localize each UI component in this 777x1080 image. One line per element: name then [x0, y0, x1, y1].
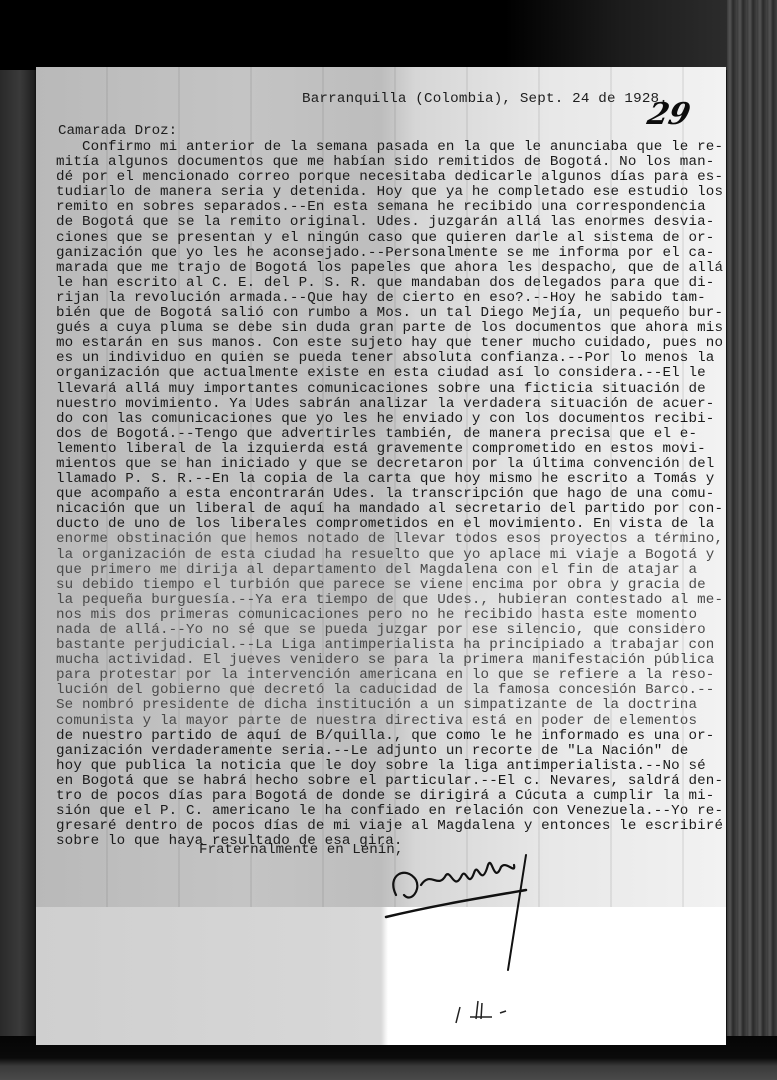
letter-line: llevará allá muy importantes comunicacio…	[56, 382, 726, 397]
letter-line: en Bogotá que se habrá hecho sobre el pa…	[56, 774, 726, 789]
letter-line: mientos que se han iniciado y que se dec…	[56, 457, 726, 472]
letter-line: mitía algunos documentos que me habían s…	[56, 155, 726, 170]
letter-line: bién que de Bogotá salió con rumbo a Mos…	[56, 306, 726, 321]
closing: Fraternalmente en Lenín,	[199, 842, 403, 858]
letter-line: bastante perjudicial.--La Liga antimperi…	[56, 638, 726, 653]
letter-line: llamado P. S. R.--En la copia de la cart…	[56, 472, 726, 487]
letter-line: que primero me dirija al departamento de…	[56, 563, 726, 578]
scan-right-edge	[727, 0, 777, 1080]
letter-line: nos mis dos primeras comunicaciones pero…	[56, 608, 726, 623]
letter-line: sión que el P. C. americano le ha confia…	[56, 804, 726, 819]
letter-line: ganización que yo les he aconsejado.--Pe…	[56, 246, 726, 261]
handwritten-initials	[454, 997, 514, 1027]
letter-page: Barranquilla (Colombia), Sept. 24 de 192…	[36, 67, 726, 1045]
letter-line: enorme obstinación que hemos notado de l…	[56, 532, 726, 547]
letter-line: su debido tiempo el turbión que parece s…	[56, 578, 726, 593]
letter-line: do con las comunicaciones que yo les he …	[56, 412, 726, 427]
letter-line: comunista y la mayor parte de nuestra di…	[56, 714, 726, 729]
letter-line: mo estarán en sus manos. Con este sujeto…	[56, 336, 726, 351]
letter-line: que acompaño a esta encontrarán Udes. la…	[56, 487, 726, 502]
dateline: Barranquilla (Colombia), Sept. 24 de 192…	[302, 91, 668, 107]
letter-line: tro de pocos días para Bogotá de donde s…	[56, 789, 726, 804]
letter-line: gués a cuya pluma se debe sin duda gran …	[56, 321, 726, 336]
letter-line: la organización de esta ciudad ha resuel…	[56, 548, 726, 563]
letter-line: ducto de uno de los liberales comprometi…	[56, 517, 726, 532]
letter-line: organización que actualmente existe en e…	[56, 366, 726, 381]
salutation: Camarada Droz:	[58, 123, 177, 139]
letter-line: marada que me trajo de Bogotá los papele…	[56, 261, 726, 276]
letter-line: rijan la revolución armada.--Que hay de …	[56, 291, 726, 306]
handwritten-page-number: 29	[644, 97, 693, 132]
letter-line: dos de Bogotá.--Tengo que advertirles ta…	[56, 427, 726, 442]
scan-top-shadow	[0, 0, 777, 70]
letter-line: es un individuo en quien se pueda tener …	[56, 351, 726, 366]
letter-line: ciones que se presentan y el ningún caso…	[56, 231, 726, 246]
letter-line: lemento liberal de la izquierda está gra…	[56, 442, 726, 457]
letter-line: remito en sobres separados.--En esta sem…	[56, 200, 726, 215]
letter-line: lución del gobierno que decretó la caduc…	[56, 683, 726, 698]
letter-line: de nuestro partido de aquí de B/quilla.,…	[56, 729, 726, 744]
letter-line: para protestar por la intervención ameri…	[56, 668, 726, 683]
letter-line: ganización verdaderamente seria.--Le adj…	[56, 744, 726, 759]
letter-line: nada de allá.--Yo no sé que se pueda juz…	[56, 623, 726, 638]
letter-line: Confirmo mi anterior de la semana pasada…	[56, 140, 726, 155]
letter-line: nuestro movimiento. Ya Udes sabrán anali…	[56, 397, 726, 412]
letter-line: Se nombró presidente de dicha institució…	[56, 698, 726, 713]
letter-line: dé por el mencionado correo porque neces…	[56, 170, 726, 185]
letter-line: nicación que un liberal de aquí ha manda…	[56, 502, 726, 517]
letter-line: gresaré dentro de pocos días de mi viaje…	[56, 819, 726, 834]
letter-line: de Bogotá que se la remito original. Ude…	[56, 215, 726, 230]
handwritten-signature: Castrillón	[376, 835, 536, 975]
letter-line: mucha actividad. El jueves venidero se p…	[56, 653, 726, 668]
letter-body: Confirmo mi anterior de la semana pasada…	[56, 140, 726, 849]
letter-line: le han escrito al C. E. del P. S. R. que…	[56, 276, 726, 291]
letter-line: hoy que publica la noticia que le doy so…	[56, 759, 726, 774]
letter-line: tudiarlo de manera seria y detenida. Hoy…	[56, 185, 726, 200]
letter-line: la pequeña burguesía.--Ya era tiempo de …	[56, 593, 726, 608]
